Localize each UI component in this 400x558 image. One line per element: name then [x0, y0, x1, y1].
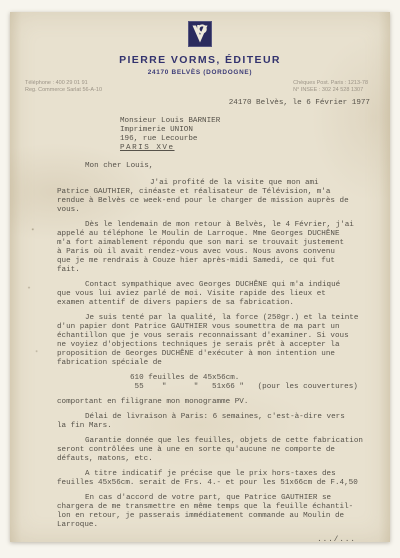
paragraph-7: Garantie donnée que les feuilles, objets… [57, 437, 370, 464]
date-line: 24170 Belvès, le 6 Février 1977 [57, 99, 370, 108]
bank-insee-info: Chèques Post. Paris : 1213-78 N° INSEE :… [293, 80, 368, 93]
paragraph-6: Délai de livraison à Paris: 6 semaines, … [57, 413, 370, 431]
company-name: PIERRE VORMS, ÉDITEUR [10, 54, 390, 66]
scanned-letter: PIERRE VORMS, ÉDITEUR 24170 BELVÈS (DORD… [0, 0, 400, 558]
paragraph-3: Contact sympathique avec Georges DUCHÊNE… [57, 281, 370, 308]
company-address: 24170 BELVÈS (DORDOGNE) [10, 69, 390, 76]
phone-registry-info: Téléphone : 400 29 01 91 Reg. Commerce S… [25, 80, 102, 93]
letter-paper: PIERRE VORMS, ÉDITEUR 24170 BELVÈS (DORD… [10, 12, 390, 542]
insee-line: N° INSEE : 302 24 528 1307 [293, 87, 368, 94]
paper-order-spec: 610 feuilles de 45x56cm. 55 " " 51x66 " … [130, 374, 370, 392]
pv-monogram-logo-icon [188, 21, 212, 47]
recipient-company: Imprimerie UNION [120, 126, 370, 135]
continuation-mark: .../... [57, 536, 370, 542]
letter-body: 24170 Belvès, le 6 Février 1977 Monsieur… [10, 96, 390, 542]
recipient-street: 196, rue Lecourbe [120, 135, 370, 144]
recipient-address: Monsieur Louis BARNIER Imprimerie UNION … [120, 117, 370, 153]
letterhead: PIERRE VORMS, ÉDITEUR 24170 BELVÈS (DORD… [10, 12, 390, 96]
paragraph-2: Dès le lendemain de mon retour à Belvès,… [57, 221, 370, 275]
paragraph-9: En cas d'accord de votre part, que Patri… [57, 494, 370, 530]
recipient-name: Monsieur Louis BARNIER [120, 117, 370, 126]
salutation: Mon cher Louis, [57, 162, 370, 171]
paragraph-1: J'ai profité de la visite que mon ami Pa… [57, 179, 370, 215]
registry-line: Reg. Commerce Sarlat 56-A-10 [25, 87, 102, 94]
paragraph-5: comportant en filigrane mon monogramme P… [57, 398, 370, 407]
paragraph-8: A titre indicatif je précise que le prix… [57, 470, 370, 488]
cheques-line: Chèques Post. Paris : 1213-78 [293, 80, 368, 87]
paragraph-4: Je suis tenté par la qualité, la force (… [57, 314, 370, 368]
recipient-city: PARIS XVe [120, 144, 175, 152]
